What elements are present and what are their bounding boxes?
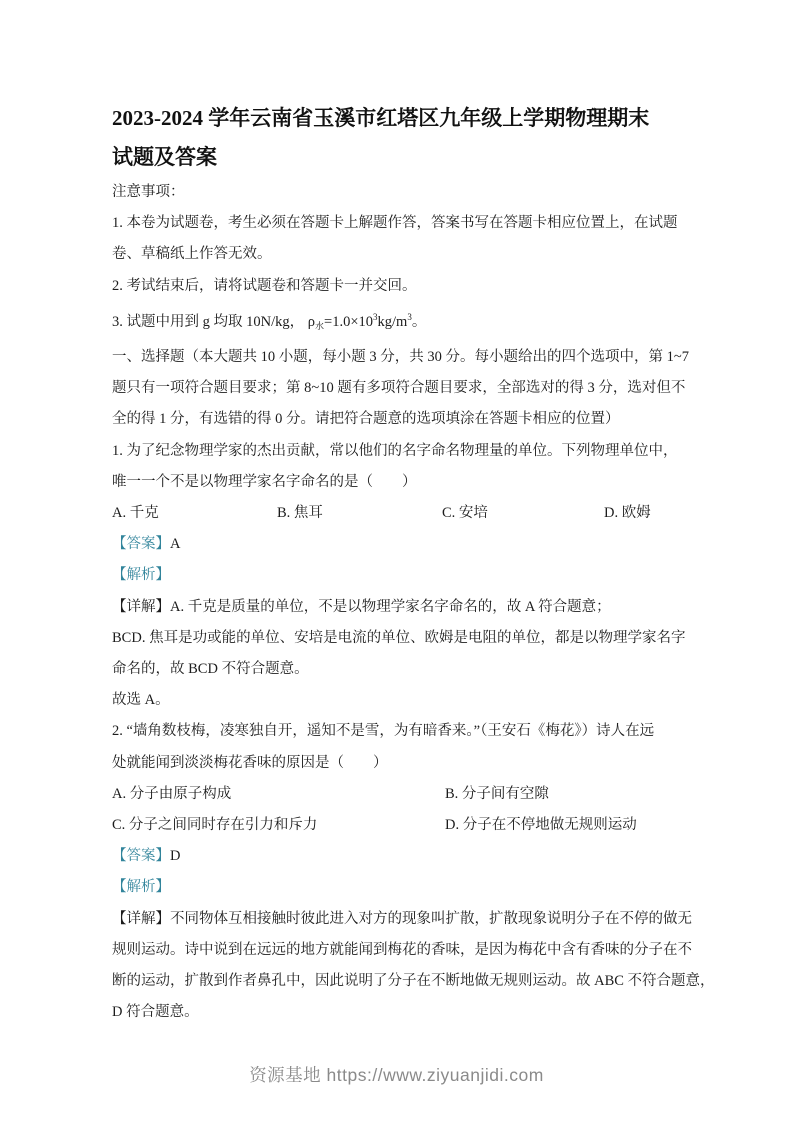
- section1-heading-line-2: 题只有一项符合题目要求；第 8~10 题有多项符合题目要求，全部选对的得 3 分…: [112, 373, 688, 404]
- rho-water-subscript: 水: [315, 321, 324, 331]
- q1-analysis-line: 【解析】: [112, 560, 688, 591]
- q1-answer-label: 【答案】: [112, 536, 170, 552]
- q1-stem-line-2: 唯一一个不是以物理学家名字命名的是（ ）: [112, 467, 688, 498]
- q2-option-c: C. 分子之间同时存在引力和斥力: [112, 810, 445, 841]
- q2-option-d: D. 分子在不停地做无规则运动: [445, 810, 688, 841]
- q2-answer-label: 【答案】: [112, 848, 170, 864]
- q2-option-b: B. 分子间有空隙: [445, 779, 688, 810]
- exam-document-page: 2023-2024 学年云南省玉溪市红塔区九年级上学期物理期末 试题及答案 注意…: [0, 0, 793, 1122]
- q1-detail-line-3: 命名的，故 BCD 不符合题意。: [112, 654, 688, 685]
- q1-detail-line-2: BCD. 焦耳是功或能的单位、安培是电流的单位、欧姆是电阻的单位，都是以物理学家…: [112, 623, 688, 654]
- notice-item-3-unit: kg/m: [378, 314, 408, 330]
- section1-heading-line-1: 一、选择题（本大题共 10 小题，每小题 3 分，共 30 分。每小题给出的四个…: [112, 342, 688, 373]
- q2-stem-line-2: 处就能闻到淡淡梅花香味的原因是（ ）: [112, 748, 688, 779]
- q1-option-c: C. 安培: [442, 498, 604, 529]
- notice-item-2: 2. 考试结束后，请将试题卷和答题卡一并交回。: [112, 271, 688, 302]
- notice-item-3-period: 。: [412, 314, 427, 330]
- notice-item-1-line-2: 卷、草稿纸上作答无效。: [112, 239, 688, 270]
- q1-option-a: A. 千克: [112, 498, 277, 529]
- q1-analysis-label: 【解析】: [112, 567, 170, 583]
- q1-stem-line-1: 1. 为了纪念物理学家的杰出贡献，常以他们的名字命名物理量的单位。下列物理单位中…: [112, 436, 688, 467]
- q1-detail-line-4: 故选 A。: [112, 685, 688, 716]
- q2-options-row-2: C. 分子之间同时存在引力和斥力 D. 分子在不停地做无规则运动: [112, 810, 688, 841]
- q2-detail-line-1: 【详解】不同物体互相接触时彼此进入对方的现象叫扩散，扩散现象说明分子在不停的做无: [112, 904, 688, 935]
- q1-option-d: D. 欧姆: [604, 498, 688, 529]
- q1-options-row: A. 千克 B. 焦耳 C. 安培 D. 欧姆: [112, 498, 688, 529]
- notice-heading: 注意事项：: [112, 177, 688, 208]
- section1-heading-line-3: 全的得 1 分，有选错的得 0 分。请把符合题意的选项填涂在答题卡相应的位置）: [112, 404, 688, 435]
- q1-detail-line-1: 【详解】A. 千克是质量的单位，不是以物理学家名字命名的，故 A 符合题意；: [112, 592, 688, 623]
- q1-option-b: B. 焦耳: [277, 498, 442, 529]
- site-watermark: 资源基地 https://www.ziyuanjidi.com: [0, 1062, 793, 1087]
- q2-options-row-1: A. 分子由原子构成 B. 分子间有空隙: [112, 779, 688, 810]
- q2-option-a: A. 分子由原子构成: [112, 779, 445, 810]
- notice-item-3-prefix: 3. 试题中用到 g 均取 10N/kg， ρ: [112, 314, 315, 330]
- q2-stem-line-1: 2. “墙角数枝梅，凌寒独自开，遥知不是雪，为有暗香来。”（王安石《梅花》）诗人…: [112, 716, 688, 747]
- document-content: 2023-2024 学年云南省玉溪市红塔区九年级上学期物理期末 试题及答案 注意…: [112, 99, 688, 1028]
- document-title: 2023-2024 学年云南省玉溪市红塔区九年级上学期物理期末 试题及答案: [112, 99, 688, 177]
- q1-answer-value: A: [170, 536, 180, 552]
- q2-analysis-line: 【解析】: [112, 872, 688, 903]
- q2-answer-value: D: [170, 848, 180, 864]
- q2-analysis-label: 【解析】: [112, 879, 170, 895]
- q2-detail-line-4: D 符合题意。: [112, 997, 688, 1028]
- notice-item-3-equation: =1.0×10: [324, 314, 373, 330]
- document-title-line-1: 2023-2024 学年云南省玉溪市红塔区九年级上学期物理期末: [112, 99, 688, 138]
- q1-answer-line: 【答案】A: [112, 529, 688, 560]
- document-title-line-2: 试题及答案: [112, 138, 688, 177]
- q2-detail-line-3: 断的运动，扩散到作者鼻孔中，因此说明了分子在不断地做无规则运动。故 ABC 不符…: [112, 966, 688, 997]
- notice-item-1-line-1: 1. 本卷为试题卷，考生必须在答题卡上解题作答，答案书写在答题卡相应位置上，在试…: [112, 208, 688, 239]
- q2-answer-line: 【答案】D: [112, 841, 688, 872]
- q2-detail-line-2: 规则运动。诗中说到在远远的地方就能闻到梅花的香味，是因为梅花中含有香味的分子在不: [112, 935, 688, 966]
- notice-item-3: 3. 试题中用到 g 均取 10N/kg， ρ水=1.0×103kg/m3。: [112, 302, 688, 342]
